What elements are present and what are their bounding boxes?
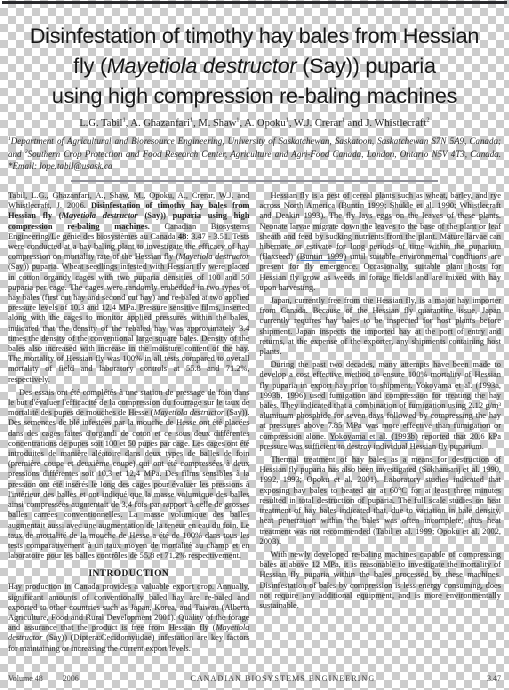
paper-page: Disinfestation of timothy hay bales from… <box>0 0 509 690</box>
page-footer: Volume 482006 CANADIAN BIOSYSTEMS ENGINE… <box>8 674 501 683</box>
text-segment: (Say)) puparia. Wheat seedlings infested… <box>8 262 250 383</box>
title-line-1: Disinfestation of timothy hay bales from… <box>8 21 501 51</box>
reference-link[interactable]: (Buntin 1999) <box>297 252 346 261</box>
authors-line: L.G. Tabil1, A. Ghazanfari1, M. Shaw1, A… <box>8 118 501 129</box>
title-line-2: fly (Mayetiola destructor (Say)) puparia <box>8 51 501 81</box>
text-segment: 2 <box>426 117 429 124</box>
text-segment: With newly developed re-baling machines … <box>260 550 502 610</box>
divider-rule <box>71 180 438 183</box>
text-segment: (Say)) (Diptera:Cecidomyiidae) infestati… <box>8 633 250 652</box>
text-segment: Southern Crop Protection and Food Resear… <box>8 149 501 172</box>
title-line-3: using high compression re-baling machine… <box>8 81 501 111</box>
abstract-english: Tabil, L.G., Ghazanfari, A., Shaw, M., O… <box>8 191 250 385</box>
paragraph-japan-import: Japan, currently free from the Hessian f… <box>260 296 502 357</box>
left-column: Tabil, L.G., Ghazanfari, A., Shaw, M., O… <box>8 191 250 654</box>
introduction-heading: INTRODUCTION <box>8 569 250 579</box>
reference-link[interactable]: Yokoyama et al. (1993b) <box>330 432 418 441</box>
paragraph-hessian-fly-pest: Hessian fly is a pest of cereal plants s… <box>260 191 502 293</box>
introduction-paragraph: Hay production in Canada provides a valu… <box>8 582 250 653</box>
text-segment: Thermal treatment of hay bales as a mean… <box>260 455 502 546</box>
text-segment: , M. Shaw <box>193 118 236 129</box>
text-segment: Mayetiola destructor <box>179 252 250 261</box>
text-segment: During the past two decades, many attemp… <box>260 360 502 440</box>
text-segment: L.G. Tabil <box>79 118 122 129</box>
footer-journal-name: CANADIAN BIOSYSTEMS ENGINEERING <box>190 674 375 683</box>
text-segment: Mayetiola destructor <box>62 211 138 220</box>
text-segment: Japan, currently free from the Hessian f… <box>260 296 502 356</box>
two-column-body: Tabil, L.G., Ghazanfari, A., Shaw, M., O… <box>8 191 501 654</box>
text-segment: Mayetiola destructor <box>153 408 224 417</box>
abstract-french: Des essais ont été complétés à une stati… <box>8 388 250 561</box>
text-segment: Hay production in Canada provides a valu… <box>8 582 250 632</box>
footer-volume-group: Volume 482006 <box>8 674 79 683</box>
footer-volume: Volume 48 <box>8 674 43 683</box>
text-segment: , A. Ghazanfari <box>126 118 190 129</box>
text-segment: fly ( <box>73 54 107 78</box>
text-segment: Disinfestation of timothy hay bales from… <box>30 24 479 48</box>
paragraph-thermal-treatment: Thermal treatment of hay bales as a mean… <box>260 455 502 547</box>
article-title: Disinfestation of timothy hay bales from… <box>8 21 501 111</box>
affiliation: 1Department of Agricultural and Bioresou… <box>8 135 501 173</box>
text-segment: and J. Whistlecraft <box>345 118 426 129</box>
top-rule <box>2 1 507 4</box>
text-segment: (Say)) puparia <box>297 54 436 78</box>
footer-year: 2006 <box>63 674 79 683</box>
page-content: Disinfestation of timothy hay bales from… <box>0 21 509 654</box>
text-segment: Hessian fly is a pest of cereal plants s… <box>260 191 502 261</box>
text-segment: using high compression re-baling machine… <box>52 84 457 108</box>
paragraph-past-decades: During the past two decades, many attemp… <box>260 360 502 452</box>
text-segment: Mayetiola destructor <box>107 54 297 78</box>
footer-page-number: 3.47 <box>487 674 501 683</box>
text-segment: , W.J. Crerar <box>289 118 342 129</box>
text-segment: , A. Opoku <box>240 118 286 129</box>
text-segment: (Say)). Des semences de blé infestées pa… <box>8 408 250 560</box>
right-column: Hessian fly is a pest of cereal plants s… <box>260 191 502 654</box>
paragraph-rebaling-machines: With newly developed re-baling machines … <box>260 550 502 611</box>
